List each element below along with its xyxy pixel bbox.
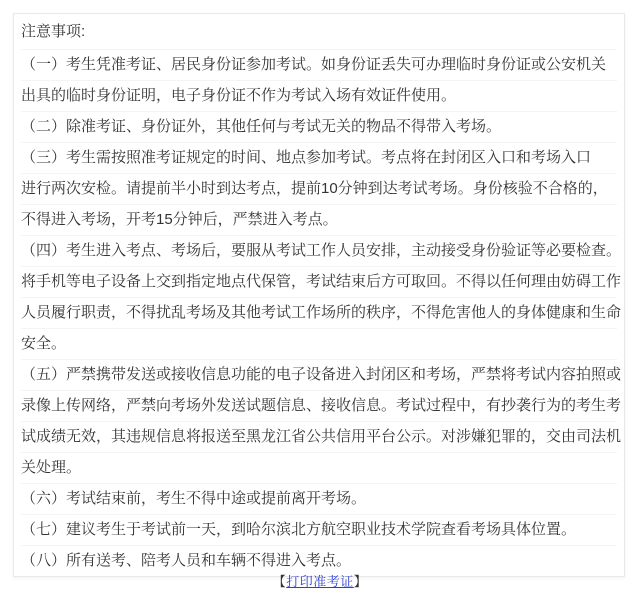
notice-line: （七）建议考生于考试前一天，到哈尔滨北方航空职业技术学院查看考场具体位置。	[21, 515, 617, 546]
notice-line: （三）考生需按照准考证规定的时间、地点参加考试。考点将在封闭区入口和考场入口	[21, 143, 617, 174]
notice-line: （一）考生凭准考证、居民身份证参加考试。如身份证丢失可办理临时身份证或公安机关	[21, 50, 617, 81]
notice-line: 将手机等电子设备上交到指定地点代保管，考试结束后方可取回。不得以任何理由妨碍工作	[21, 267, 617, 298]
print-ticket-link[interactable]: 打印准考证	[286, 574, 354, 589]
notice-line: （五）严禁携带发送或接收信息功能的电子设备进入封闭区和考场，严禁将考试内容拍照或	[21, 360, 617, 391]
notice-line: 不得进入考场，开考15分钟后，严禁进入考点。	[21, 205, 617, 236]
bracket-open: 【	[273, 574, 287, 589]
notice-page: 注意事项:（一）考生凭准考证、居民身份证参加考试。如身份证丢失可办理临时身份证或…	[0, 0, 640, 611]
notice-line: （二）除准考证、身份证外，其他任何与考试无关的物品不得带入考场。	[21, 112, 617, 143]
notice-line: 安全。	[21, 329, 617, 360]
notice-line: 注意事项:	[21, 14, 617, 50]
notice-box: 注意事项:（一）考生凭准考证、居民身份证参加考试。如身份证丢失可办理临时身份证或…	[13, 13, 625, 577]
bracket-close: 】	[354, 574, 368, 589]
notice-line: 试成绩无效，其违规信息将报送至黑龙江省公共信用平台公示。对涉嫌犯罪的，交由司法机	[21, 422, 617, 453]
notice-line: （六）考试结束前，考生不得中途或提前离开考场。	[21, 484, 617, 515]
print-ticket-row: 【打印准考证】	[0, 571, 640, 590]
notice-line: 进行两次安检。请提前半小时到达考点，提前10分钟到达考试考场。身份核验不合格的，	[21, 174, 617, 205]
notice-line: 关处理。	[21, 453, 617, 484]
notice-line: 人员履行职责，不得扰乱考场及其他考试工作场所的秩序，不得危害他人的身体健康和生命	[21, 298, 617, 329]
notice-line: 录像上传网络，严禁向考场外发送试题信息、接收信息。考试过程中，有抄袭行为的考生考	[21, 391, 617, 422]
notice-line: （四）考生进入考点、考场后，要服从考试工作人员安排，主动接受身份验证等必要检查。	[21, 236, 617, 267]
notice-line: 出具的临时身份证明，电子身份证不作为考试入场有效证件使用。	[21, 81, 617, 112]
